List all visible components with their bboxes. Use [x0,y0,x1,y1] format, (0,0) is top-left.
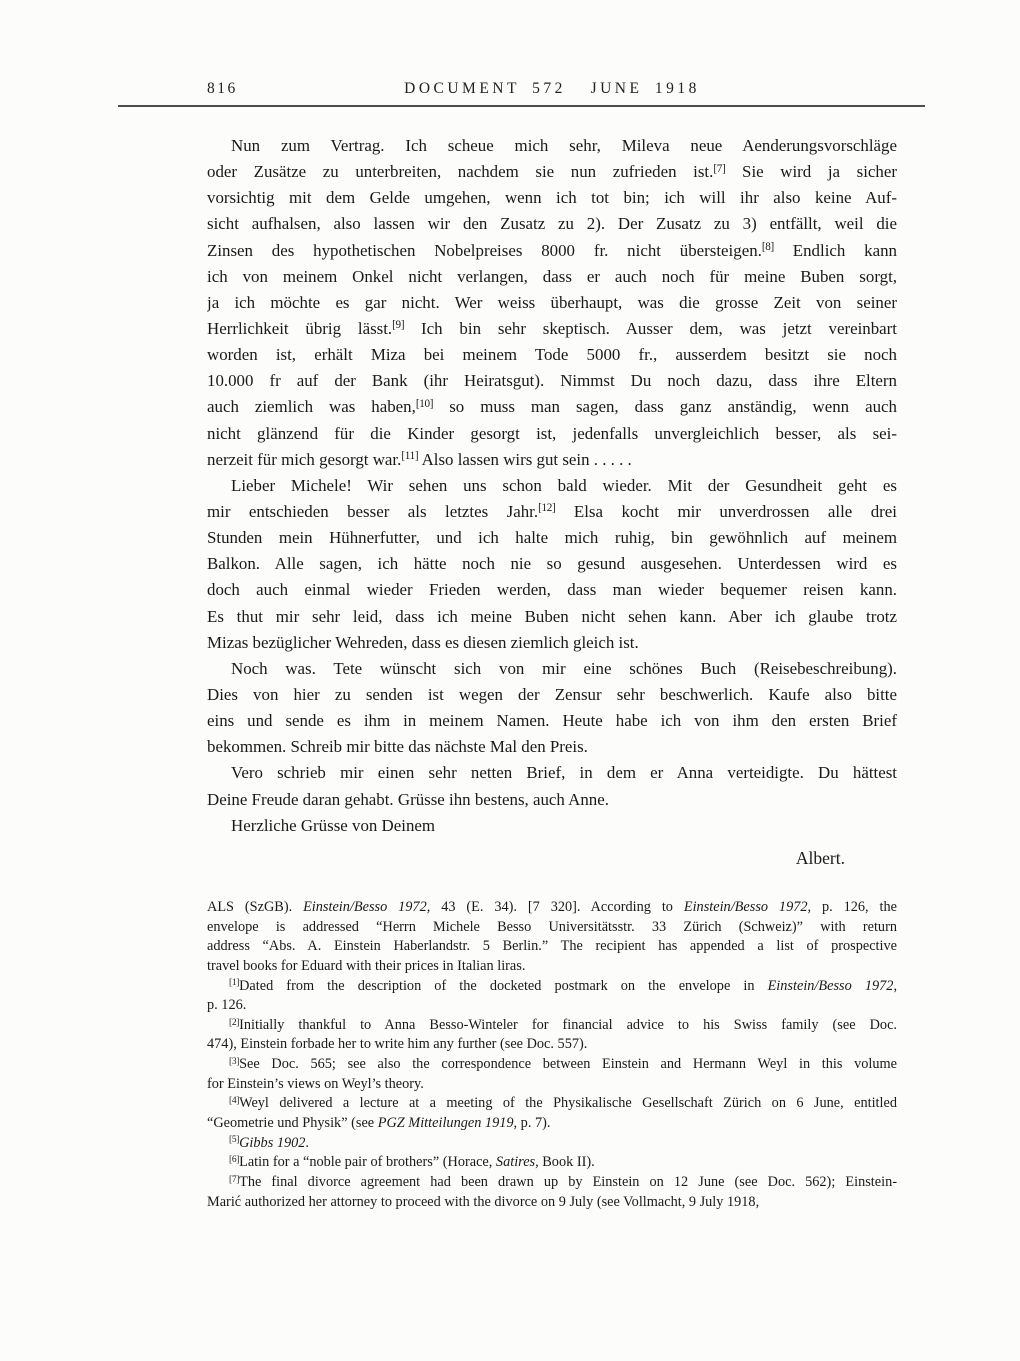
text-line: Herrlichkeit übrig lässt.[9] Ich bin seh… [207,316,897,342]
text-line: 10.000 fr auf der Bank (ihr Heiratsgut).… [207,368,897,394]
footnotes-section: ALS (SzGB). Einstein/Besso 1972, 43 (E. … [207,898,897,1212]
text-line: Marić authorized her attorney to proceed… [207,1193,897,1213]
text-line: ich von meinem Onkel nicht verlangen, da… [207,264,897,290]
paragraph: [5]Gibbs 1902. [207,1134,897,1154]
paragraph: [3]See Doc. 565; see also the correspond… [207,1055,897,1094]
text-line: Zinsen des hypothetischen Nobelpreises 8… [207,238,897,264]
text-line: travel books for Eduard with their price… [207,957,897,977]
paragraph: Nun zum Vertrag. Ich scheue mich sehr, M… [207,133,897,473]
text-line: “Geometrie und Physik” (see PGZ Mitteilu… [207,1114,897,1134]
paragraph: ALS (SzGB). Einstein/Besso 1972, 43 (E. … [207,898,897,977]
text-line: Es thut mir sehr leid, dass ich meine Bu… [207,604,897,630]
text-line: [3]See Doc. 565; see also the correspond… [207,1055,897,1075]
text-line: [5]Gibbs 1902. [207,1134,897,1154]
text-line: p. 126. [207,996,897,1016]
paragraph: [7]The final divorce agreement had been … [207,1173,897,1212]
text-line: Deine Freude daran gehabt. Grüsse ihn be… [207,787,897,813]
text-line: address “Abs. A. Einstein Haberlandstr. … [207,937,897,957]
text-line: ja ich möchte es gar nicht. Wer weiss üb… [207,290,897,316]
running-head: DOCUMENT 572 JUNE 1918 [207,80,897,98]
text-line: [4]Weyl delivered a lecture at a meeting… [207,1094,897,1114]
signature-albert: Albert. [207,845,897,871]
text-line: oder Zusätze zu unterbreiten, nachdem si… [207,159,897,185]
paragraph: [4]Weyl delivered a lecture at a meeting… [207,1094,897,1133]
paragraph: [2]Initially thankful to Anna Besso-Wint… [207,1016,897,1055]
text-line: bekommen. Schreib mir bitte das nächste … [207,734,897,760]
text-line: ALS (SzGB). Einstein/Besso 1972, 43 (E. … [207,898,897,918]
paragraph: [6]Latin for a “noble pair of brothers” … [207,1153,897,1173]
text-line: doch auch einmal wieder Frieden werden, … [207,577,897,603]
letter-body: Nun zum Vertrag. Ich scheue mich sehr, M… [207,133,897,839]
text-line: for Einstein’s views on Weyl’s theory. [207,1075,897,1095]
text-line: 474), Einstein forbade her to write him … [207,1035,897,1055]
paragraph: [1]Dated from the description of the doc… [207,977,897,1016]
text-line: Vero schrieb mir einen sehr netten Brief… [207,760,897,786]
text-line: Nun zum Vertrag. Ich scheue mich sehr, M… [207,133,897,159]
text-line: Noch was. Tete wünscht sich von mir eine… [207,656,897,682]
paragraph: Lieber Michele! Wir sehen uns schon bald… [207,473,897,656]
paragraph: Vero schrieb mir einen sehr netten Brief… [207,760,897,812]
text-line: Stunden mein Hühnerfutter, und ich halte… [207,525,897,551]
scanned-book-page: 816 DOCUMENT 572 JUNE 1918 Nun zum Vertr… [0,0,1020,1361]
text-line: worden ist, erhält Miza bei meinem Tode … [207,342,897,368]
text-line: sicht aufhalsen, also lassen wir den Zus… [207,211,897,237]
text-line: Balkon. Alle sagen, ich hätte noch nie s… [207,551,897,577]
text-line: Dies von hier zu senden ist wegen der Ze… [207,682,897,708]
text-line: vorsichtig mit dem Gelde umgehen, wenn i… [207,185,897,211]
text-line: nerzeit für mich gesorgt war.[11] Also l… [207,447,897,473]
text-line: mir entschieden besser als letztes Jahr.… [207,499,897,525]
text-line: eins und sende es ihm in meinem Namen. H… [207,708,897,734]
text-line: nicht glänzend für die Kinder gesorgt is… [207,421,897,447]
text-line: Herzliche Grüsse von Deinem [207,813,897,839]
paragraph: Noch was. Tete wünscht sich von mir eine… [207,656,897,761]
text-line: auch ziemlich was haben,[10] so muss man… [207,394,897,420]
text-line: [2]Initially thankful to Anna Besso-Wint… [207,1016,897,1036]
text-line: Lieber Michele! Wir sehen uns schon bald… [207,473,897,499]
paragraph: Herzliche Grüsse von Deinem [207,813,897,839]
text-line: Mizas bezüglicher Wehreden, dass es dies… [207,630,897,656]
text-line: [1]Dated from the description of the doc… [207,977,897,997]
text-line: [6]Latin for a “noble pair of brothers” … [207,1153,897,1173]
text-line: [7]The final divorce agreement had been … [207,1173,897,1193]
header-rule [118,105,925,107]
text-line: envelope is addressed “Herrn Michele Bes… [207,918,897,938]
